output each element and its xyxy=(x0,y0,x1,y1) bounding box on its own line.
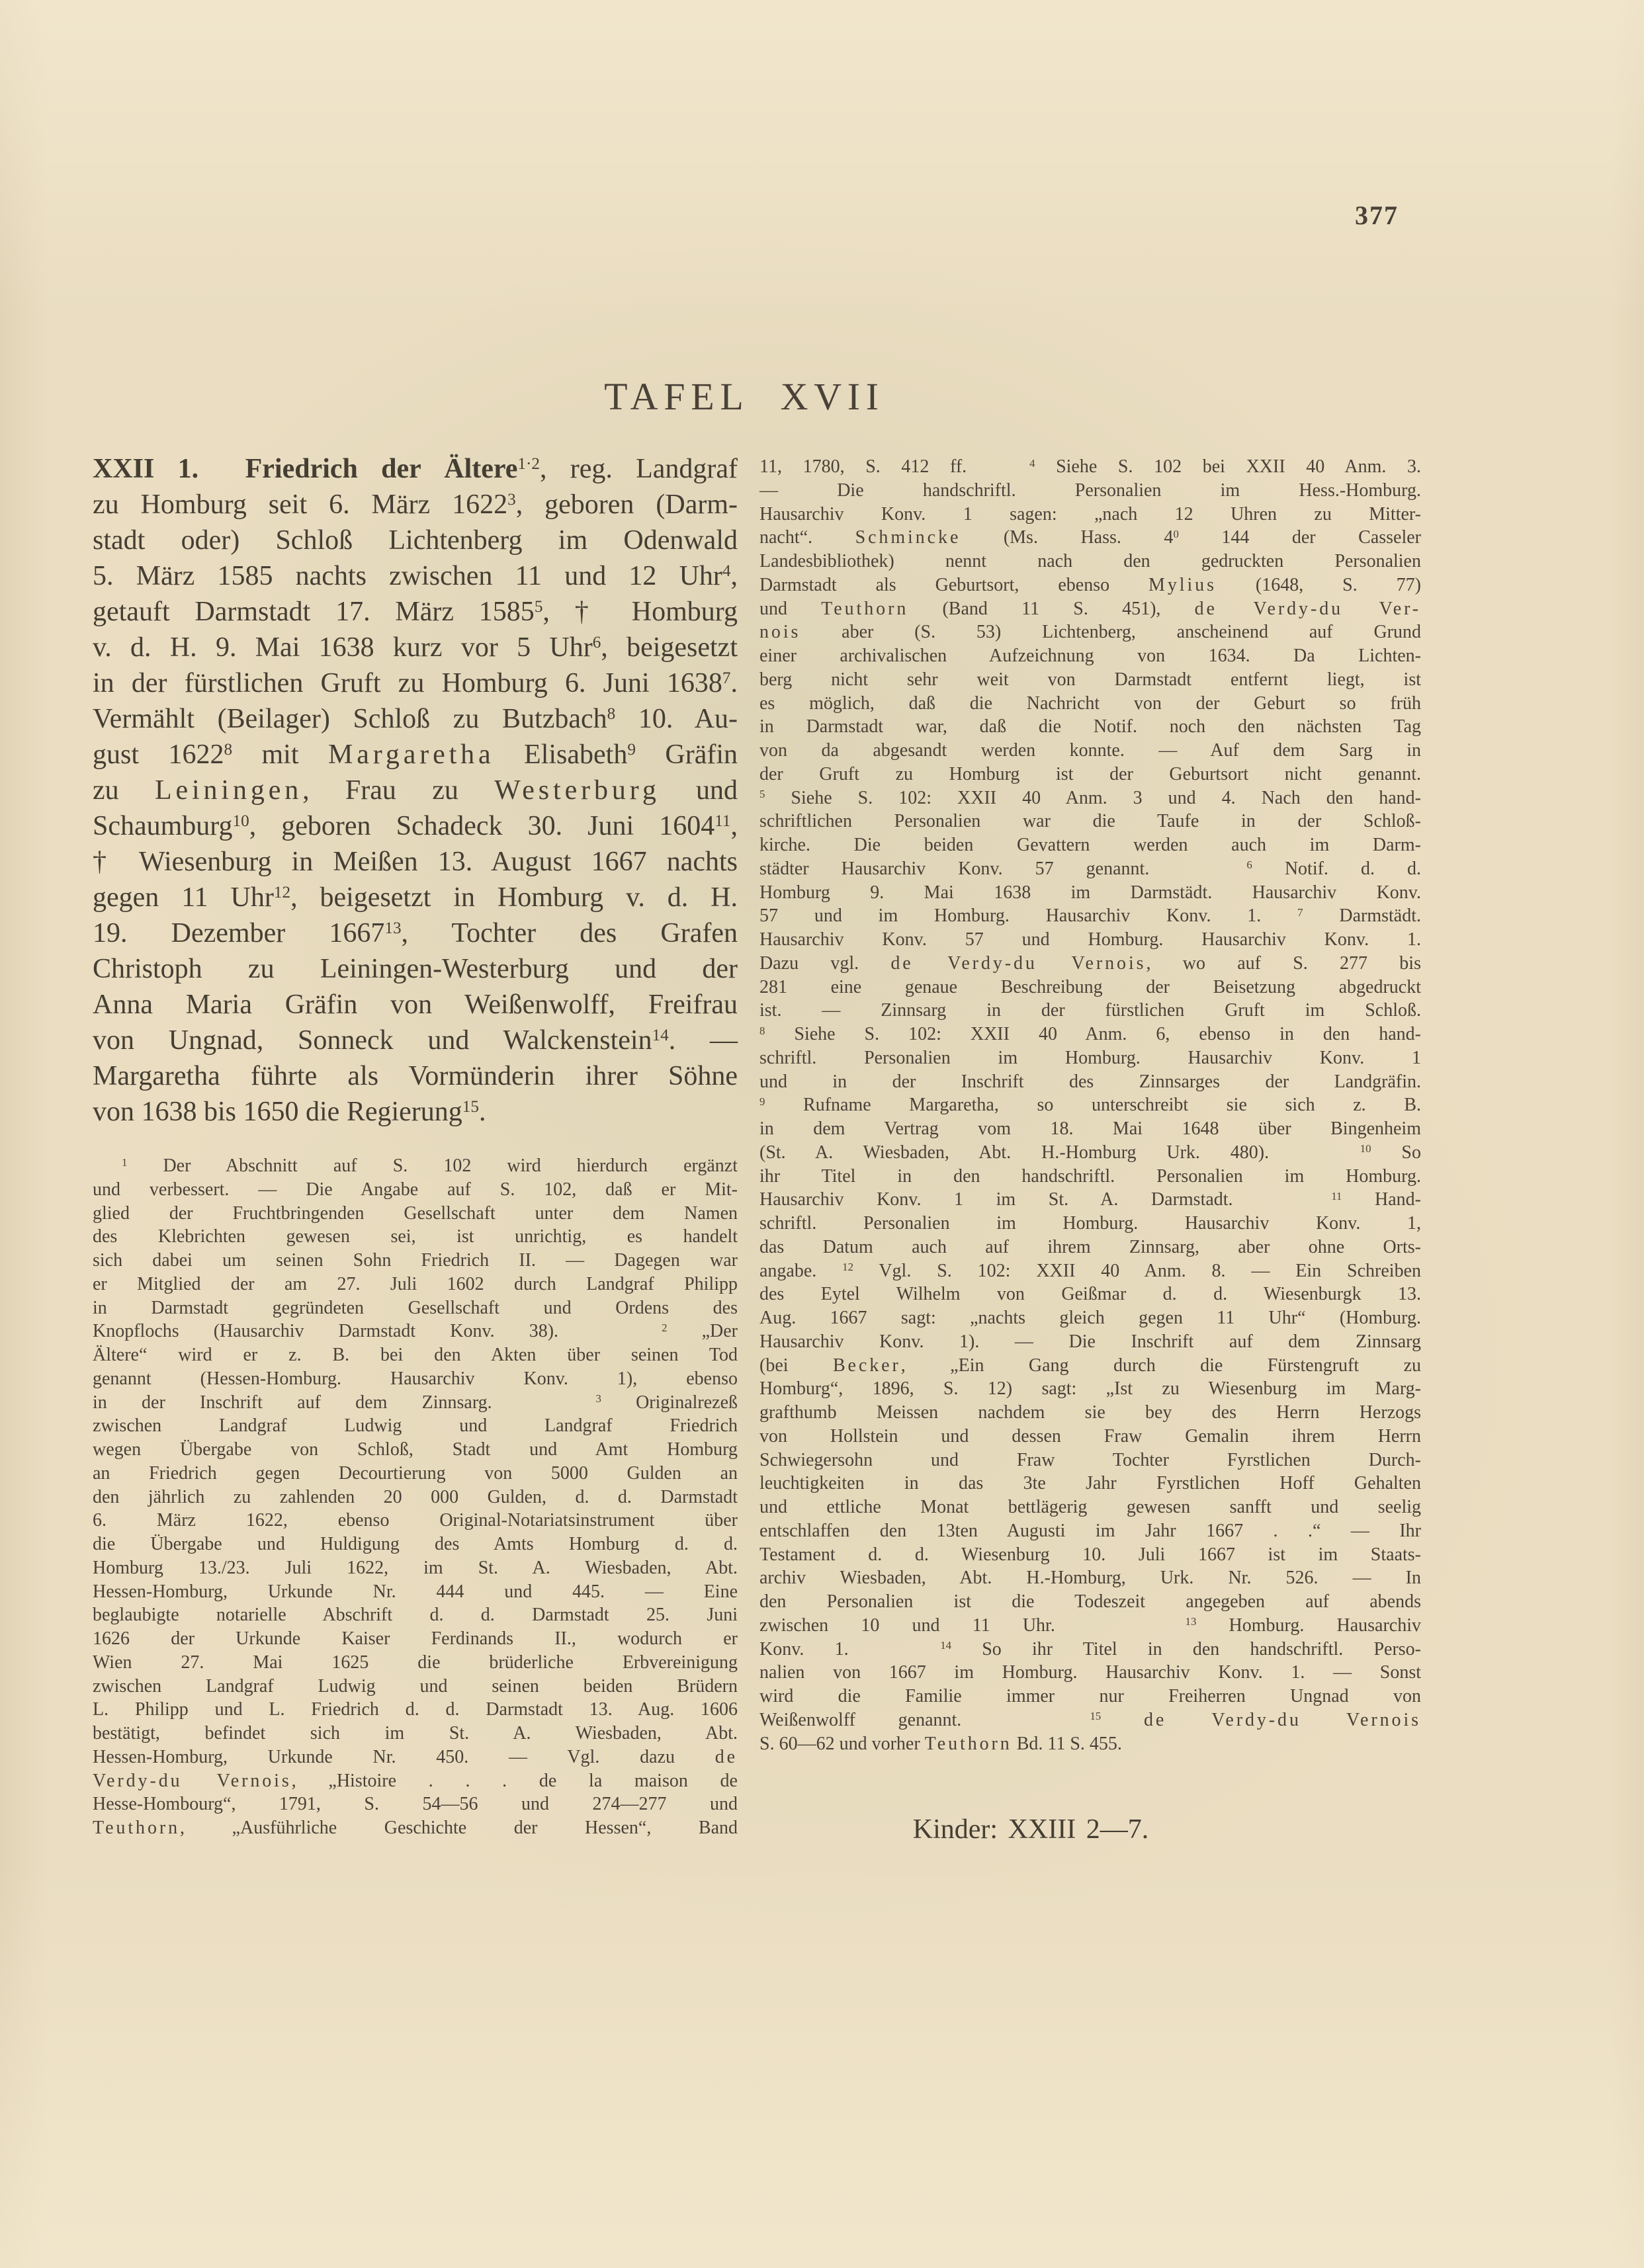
footnote-marker: 5 xyxy=(759,788,765,800)
text-line: 19. Dezember 166713, Tochter des Grafen xyxy=(93,915,738,951)
text-segment: , Tochter des Grafen xyxy=(402,918,738,948)
text-segment: den jährlich zu zahlenden 20 000 Gulden,… xyxy=(93,1487,738,1507)
text-segment: Schmincke xyxy=(855,527,961,548)
text-line: Homburg“, 1896, S. 12) sagt: „Ist zu Wie… xyxy=(759,1377,1421,1401)
text-line: und ettliche Monat bettlägerig gewesen s… xyxy=(759,1495,1421,1519)
text-segment: nois xyxy=(759,622,800,642)
text-segment: Knopflochs (Hausarchiv Darmstadt Konv. 3… xyxy=(93,1321,662,1341)
footnote-marker: 14 xyxy=(940,1639,951,1652)
footnote-marker: 1 xyxy=(122,1156,127,1169)
text-segment: Hessen-Homburg, Urkunde Nr. 450. — Vgl. … xyxy=(93,1747,715,1767)
text-segment: S. 60—62 und vorher xyxy=(759,1734,925,1754)
text-line: entschlaffen den 13ten Augusti im Jahr 1… xyxy=(759,1519,1421,1543)
text-segment: archiv Wiesbaden, Abt. H.-Homburg, Urk. … xyxy=(759,1568,1421,1588)
text-segment: Originalrezeß xyxy=(601,1392,738,1413)
text-segment: Siehe S. 102 bei XXII 40 Anm. 3. xyxy=(1035,456,1421,477)
text-segment: 11, 1780, S. 412 ff. xyxy=(759,456,1029,477)
text-line: in dem Vertrag vom 18. Mai 1648 über Bin… xyxy=(759,1117,1421,1141)
text-segment: , wo auf S. 277 bis xyxy=(1146,953,1421,974)
footnote-marker: 5 xyxy=(535,598,543,616)
text-segment: Hessen-Homburg, Urkunde Nr. 444 und 445.… xyxy=(93,1581,738,1602)
text-segment: Leiningen xyxy=(155,775,302,806)
text-line: — Die handschriftl. Personalien im Hess.… xyxy=(759,479,1421,503)
text-line: nacht“. Schmincke (Ms. Hass. 40 144 der … xyxy=(759,526,1421,550)
text-segment: genannt (Hessen-Homburg. Hausarchiv Konv… xyxy=(93,1368,738,1389)
text-line: Homburg 13./23. Juli 1622, im St. A. Wie… xyxy=(93,1556,738,1580)
text-line: 57 und im Homburg. Hausarchiv Konv. 1. 7… xyxy=(759,904,1421,928)
text-line: Hausarchiv Konv. 1). — Die Inschrift auf… xyxy=(759,1330,1421,1354)
text-segment: gust 1622 xyxy=(93,739,224,770)
text-line: Hessen-Homburg, Urkunde Nr. 444 und 445.… xyxy=(93,1580,738,1604)
text-line: Anna Maria Gräfin von Weißenwolff, Freif… xyxy=(93,987,738,1023)
text-line: des Eytel Wilhelm von Geißmar d. d. Wies… xyxy=(759,1282,1421,1306)
text-segment: — Die handschriftl. Personalien im Hess.… xyxy=(759,480,1421,501)
text-segment: (Ms. Hass. 4 xyxy=(961,527,1173,548)
text-segment: zwischen Landgraf Ludwig und seinen beid… xyxy=(93,1676,738,1697)
text-segment: Testament d. d. Wiesenburg 10. Juli 1667… xyxy=(759,1544,1421,1565)
text-segment: der Gruft zu Homburg ist der Geburtsort … xyxy=(759,764,1421,784)
text-line: Darmstadt als Geburtsort, ebenso Mylius … xyxy=(759,573,1421,597)
text-segment: 19. Dezember 1667 xyxy=(93,918,384,948)
text-segment: , † Homburg xyxy=(542,597,738,627)
text-segment: Darmstädt. xyxy=(1303,905,1421,926)
text-segment: Verdy-du Vernois xyxy=(93,1771,292,1791)
text-segment: kirche. Die beiden Gevattern werden auch… xyxy=(759,835,1421,855)
text-segment: , xyxy=(731,811,738,841)
text-line: nalien von 1667 im Homburg. Hausarchiv K… xyxy=(759,1661,1421,1685)
text-segment: Weißenwolff genannt. xyxy=(759,1710,1090,1730)
text-segment: bestätigt, befindet sich im St. A. Wiesb… xyxy=(93,1723,738,1743)
footnote-marker: 9 xyxy=(759,1095,765,1108)
text-line: Teuthorn, „Ausführliche Geschichte der H… xyxy=(93,1816,738,1840)
text-line: wird die Familie immer nur Freiherren Un… xyxy=(759,1685,1421,1708)
text-line: Hausarchiv Konv. 1 sagen: „nach 12 Uhren… xyxy=(759,503,1421,526)
text-segment: den Personalien ist die Todeszeit angege… xyxy=(759,1591,1421,1612)
text-segment: 6. März 1622, ebenso Original-Notariatsi… xyxy=(93,1510,738,1531)
text-segment: Teuthorn xyxy=(93,1818,180,1838)
text-segment: und ettliche Monat bettlägerig gewesen s… xyxy=(759,1497,1421,1517)
text-segment: , beigesetzt in Homburg v. d. H. xyxy=(290,882,738,913)
text-segment: grafthumb Meissen nachdem sie bey des He… xyxy=(759,1402,1421,1423)
scanned-book-page: { "page": { "number": "377", "title": "T… xyxy=(0,0,1644,2268)
text-segment: L. Philipp und L. Friedrich d. d. Darmst… xyxy=(93,1699,738,1720)
text-line: Hausarchiv Konv. 57 und Homburg. Hausarc… xyxy=(759,928,1421,952)
text-segment: , geboren (Darm- xyxy=(516,489,738,520)
footnote-marker: 7 xyxy=(1297,906,1303,919)
text-line: in der fürstlichen Gruft zu Homburg 6. J… xyxy=(93,665,738,701)
text-segment: einer archivalischen Aufzeichnung von 16… xyxy=(759,646,1421,666)
text-line: L. Philipp und L. Friedrich d. d. Darmst… xyxy=(93,1698,738,1722)
text-segment: Ältere“ wird er z. B. bei den Akten über… xyxy=(93,1345,738,1365)
footnote-marker: 2 xyxy=(662,1322,667,1334)
text-segment: Becker xyxy=(833,1355,901,1376)
text-line: und verbessert. — Die Angabe auf S. 102,… xyxy=(93,1178,738,1202)
text-segment: (St. A. Wiesbaden, Abt. H.-Homburg Urk. … xyxy=(759,1142,1360,1163)
footnote-marker: 0 xyxy=(1173,528,1178,540)
text-line: 6. März 1622, ebenso Original-Notariatsi… xyxy=(93,1509,738,1533)
text-line: schriftlichen Personalien war die Taufe … xyxy=(759,810,1421,833)
footnote-marker: 12 xyxy=(274,884,290,902)
text-line: das Datum auch auf ihrem Zinnsarg, aber … xyxy=(759,1236,1421,1259)
text-segment: gegen 11 Uhr xyxy=(93,882,274,913)
text-line: † Wiesenburg in Meißen 13. August 1667 n… xyxy=(93,844,738,880)
text-line: er Mitglied der am 27. Juli 1602 durch L… xyxy=(93,1273,738,1296)
footnote-marker: 4 xyxy=(722,562,731,580)
text-segment: Wien 27. Mai 1625 die brüderliche Erbver… xyxy=(93,1652,738,1673)
page-number: 377 xyxy=(1355,200,1399,231)
text-segment: wegen Übergabe von Schloß, Stadt und Amt… xyxy=(93,1439,738,1460)
text-segment: Teuthorn xyxy=(925,1734,1012,1754)
text-segment: Homburg“, 1896, S. 12) sagt: „Ist zu Wie… xyxy=(759,1378,1421,1399)
text-segment: und xyxy=(660,775,738,806)
text-segment: , geboren Schadeck 30. Juni 1604 xyxy=(249,811,715,841)
text-line: Hessen-Homburg, Urkunde Nr. 450. — Vgl. … xyxy=(93,1745,738,1769)
text-line: Ältere“ wird er z. B. bei den Akten über… xyxy=(93,1343,738,1367)
text-segment: Christoph zu Leiningen-Westerburg und de… xyxy=(93,954,738,984)
entry-heading-text: XXII 1. xyxy=(93,454,198,484)
text-line: Homburg 9. Mai 1638 im Darmstädt. Hausar… xyxy=(759,881,1421,905)
text-line: einer archivalischen Aufzeichnung von 16… xyxy=(759,644,1421,668)
text-segment: schriftl. Personalien im Homburg. Hausar… xyxy=(759,1048,1421,1068)
text-segment: Schaumburg xyxy=(93,811,233,841)
text-segment: Vermählt (Beilager) Schloß zu Butzbach xyxy=(93,704,607,734)
text-line: sich dabei um seinen Sohn Friedrich II. … xyxy=(93,1249,738,1273)
text-segment: 5. März 1585 nachts zwischen 11 und 12 U… xyxy=(93,561,722,591)
text-segment: wird die Familie immer nur Freiherren Un… xyxy=(759,1686,1421,1706)
text-line: (bei Becker, „Ein Gang durch die Fürsten… xyxy=(759,1354,1421,1378)
footnotes-right-column: 11, 1780, S. 412 ff. 4 Siehe S. 102 bei … xyxy=(759,455,1421,1755)
text-segment: , xyxy=(731,561,738,591)
text-segment: Hausarchiv Konv. 1 sagen: „nach 12 Uhren… xyxy=(759,504,1421,525)
text-segment: zwischen 10 und 11 Uhr. xyxy=(759,1615,1186,1636)
footnote-marker: 7 xyxy=(722,669,731,687)
text-line: nois aber (S. 53) Lichtenberg, anscheine… xyxy=(759,620,1421,644)
text-line: 1 Der Abschnitt auf S. 102 wird hierdurc… xyxy=(93,1154,738,1178)
text-line: genannt (Hessen-Homburg. Hausarchiv Konv… xyxy=(93,1367,738,1391)
text-segment: Homburg. Hausarchiv xyxy=(1196,1615,1421,1636)
text-segment: stadt oder) Schloß Lichtenberg im Odenwa… xyxy=(93,525,738,556)
text-line: Testament d. d. Wiesenburg 10. Juli 1667… xyxy=(759,1543,1421,1567)
text-segment: Hausarchiv Konv. 1 im St. A. Darmstadt. xyxy=(759,1189,1331,1210)
text-segment: von Ungnad, Sonneck und Walckenstein xyxy=(93,1025,652,1056)
text-line: gegen 11 Uhr12, beigesetzt in Homburg v.… xyxy=(93,880,738,915)
footnote-marker: 11 xyxy=(714,812,730,830)
text-line: schriftl. Personalien im Homburg. Hausar… xyxy=(759,1212,1421,1236)
text-segment: Mylius xyxy=(1148,575,1217,595)
text-line: kirche. Die beiden Gevattern werden auch… xyxy=(759,833,1421,857)
text-segment: Schwiegersohn und Fraw Tochter Fyrstlich… xyxy=(759,1450,1421,1470)
text-segment: , beigesetzt xyxy=(601,632,738,663)
text-line: Weißenwolff genannt. 15 de Verdy-du Vern… xyxy=(759,1708,1421,1732)
text-line: an Friedrich gegen Decourtierung von 500… xyxy=(93,1462,738,1486)
footnote-marker: 8 xyxy=(759,1025,765,1037)
text-segment: „Der xyxy=(668,1321,738,1341)
text-line: zwischen Landgraf Ludwig und seinen beid… xyxy=(93,1675,738,1699)
text-segment: Hausarchiv Konv. 1). — Die Inschrift auf… xyxy=(759,1331,1421,1352)
book-page: 377 TAFEL XVII XXII 1. Friedrich der Ält… xyxy=(0,0,1644,2268)
footnote-marker: 15 xyxy=(462,1098,479,1116)
text-segment: städter Hausarchiv Konv. 57 genannt. xyxy=(759,859,1246,879)
text-segment: Margaretha führte als Vormünderin ihrer … xyxy=(93,1061,738,1091)
text-segment: Der Abschnitt auf S. 102 wird hierdurch … xyxy=(127,1155,738,1176)
text-line: und in der Inschrift des Zinnsarges der … xyxy=(759,1070,1421,1094)
text-line: bestätigt, befindet sich im St. A. Wiesb… xyxy=(93,1722,738,1745)
text-segment: getauft Darmstadt 17. März 1585 xyxy=(93,597,535,627)
text-line: getauft Darmstadt 17. März 15855, † Homb… xyxy=(93,594,738,630)
main-entry: XXII 1. Friedrich der Ältere1·2, reg. La… xyxy=(93,451,738,1130)
text-segment: berg nicht sehr weit von Darmstadt entfe… xyxy=(759,669,1421,690)
text-line: leuchtigkeiten in das 3te Jahr Fyrstlich… xyxy=(759,1472,1421,1495)
text-segment: Landesbibliothek) nennt nach den gedruck… xyxy=(759,551,1421,571)
text-line: in der Inschrift auf dem Zinnsarg. 3 Ori… xyxy=(93,1391,738,1415)
text-line: Landesbibliothek) nennt nach den gedruck… xyxy=(759,550,1421,573)
footnote-marker: 6 xyxy=(593,634,601,651)
text-segment: de xyxy=(715,1747,738,1767)
text-segment: in der fürstlichen Gruft zu Homburg 6. J… xyxy=(93,668,722,698)
text-line: glied der Fruchtbringenden Gesellschaft … xyxy=(93,1202,738,1226)
text-segment: de Verdy-du Ver- xyxy=(1195,599,1421,619)
text-segment: , „Ausführliche Geschichte der Hessen“, … xyxy=(180,1818,738,1838)
text-line: es möglich, daß die Nachricht von der Ge… xyxy=(759,692,1421,716)
text-line: von 1638 bis 1650 die Regierung15. xyxy=(93,1094,738,1130)
text-line: zwischen 10 und 11 Uhr. 13 Homburg. Haus… xyxy=(759,1614,1421,1638)
text-segment: in der Inschrift auf dem Zinnsarg. xyxy=(93,1392,595,1413)
text-segment: in Darmstadt gegründeten Gesellschaft un… xyxy=(93,1298,738,1318)
text-segment: 281 eine genaue Beschreibung der Beisetz… xyxy=(759,977,1421,997)
text-line: zu Homburg seit 6. März 16223, geboren (… xyxy=(93,487,738,523)
text-line: (St. A. Wiesbaden, Abt. H.-Homburg Urk. … xyxy=(759,1141,1421,1165)
footnote-marker: 11 xyxy=(1331,1190,1342,1202)
text-segment: das Datum auch auf ihrem Zinnsarg, aber … xyxy=(759,1237,1421,1257)
text-line: Schwiegersohn und Fraw Tochter Fyrstlich… xyxy=(759,1449,1421,1472)
text-segment: Notif. d. d. xyxy=(1252,859,1421,879)
text-line: 11, 1780, S. 412 ff. 4 Siehe S. 102 bei … xyxy=(759,455,1421,479)
text-segment: So ihr Titel in den handschriftl. Perso- xyxy=(951,1639,1421,1659)
footnote-marker: 3 xyxy=(595,1392,601,1405)
text-segment: Teuthorn xyxy=(821,599,908,619)
page-title: TAFEL XVII xyxy=(0,374,1489,419)
children-reference: Kinder: XXIII 2—7. xyxy=(759,1814,1421,1845)
text-segment: . — xyxy=(669,1025,738,1056)
text-segment: Hausarchiv Konv. 57 und Homburg. Hausarc… xyxy=(759,929,1421,950)
text-line: von Ungnad, Sonneck und Walckenstein14. … xyxy=(93,1023,738,1058)
text-segment: . xyxy=(479,1097,486,1127)
text-line: 8 Siehe S. 102: XXII 40 Anm. 6, ebenso i… xyxy=(759,1023,1421,1046)
text-segment: de Verdy-du Vernois xyxy=(890,953,1146,974)
text-line: beglaubigte notarielle Abschrift d. d. D… xyxy=(93,1603,738,1627)
text-segment: de Verdy-du Vernois xyxy=(1144,1710,1421,1730)
footnote-marker: 10 xyxy=(1360,1142,1371,1155)
text-line: Knopflochs (Hausarchiv Darmstadt Konv. 3… xyxy=(93,1320,738,1343)
text-segment: des Klebrichten gewesen sei, ist unricht… xyxy=(93,1226,738,1247)
text-segment: Aug. 1667 sagt: „nachts gleich gegen 11 … xyxy=(759,1308,1421,1328)
text-segment: Siehe S. 102: XXII 40 Anm. 6, ebenso in … xyxy=(765,1024,1421,1044)
footnote-marker: 14 xyxy=(652,1027,669,1044)
text-segment: von 1638 bis 1650 die Regierung xyxy=(93,1097,462,1127)
text-line: Konv. 1. 14 So ihr Titel in den handschr… xyxy=(759,1638,1421,1661)
text-segment: Konv. 1. xyxy=(759,1639,940,1659)
footnote-marker: 4 xyxy=(1029,457,1035,470)
text-segment: angabe. xyxy=(759,1261,842,1281)
text-segment: entschlaffen den 13ten Augusti im Jahr 1… xyxy=(759,1521,1421,1541)
text-segment: Hesse-Hombourg“, 1791, S. 54—56 und 274—… xyxy=(93,1794,738,1814)
text-line: des Klebrichten gewesen sei, ist unricht… xyxy=(93,1225,738,1249)
text-segment: und xyxy=(759,599,821,619)
text-line: 1626 der Urkunde Kaiser Ferdinands II., … xyxy=(93,1627,738,1651)
text-segment: Bd. 11 S. 455. xyxy=(1012,1734,1122,1754)
text-segment: nacht“. xyxy=(759,527,855,548)
text-line: grafthumb Meissen nachdem sie bey des He… xyxy=(759,1401,1421,1425)
footnote-marker: 8 xyxy=(607,705,616,723)
text-segment: Anna Maria Gräfin von Weißenwolff, Freif… xyxy=(93,989,738,1020)
text-line: Aug. 1667 sagt: „nachts gleich gegen 11 … xyxy=(759,1306,1421,1330)
text-line: ist. — Zinnsarg in der fürstlichen Gruft… xyxy=(759,999,1421,1023)
text-segment: ist. — Zinnsarg in der fürstlichen Gruft… xyxy=(759,1000,1421,1021)
text-line: archiv Wiesbaden, Abt. H.-Homburg, Urk. … xyxy=(759,1566,1421,1590)
text-segment: So xyxy=(1371,1142,1421,1163)
text-segment: mit xyxy=(232,739,328,770)
text-segment: Rufname Margaretha, so unterschreibt sie… xyxy=(765,1095,1421,1115)
footnotes-left-column: 1 Der Abschnitt auf S. 102 wird hierdurc… xyxy=(93,1154,738,1840)
text-line: Hausarchiv Konv. 1 im St. A. Darmstadt. … xyxy=(759,1188,1421,1212)
text-segment xyxy=(1101,1710,1144,1730)
footnote-marker: 12 xyxy=(842,1261,853,1273)
text-segment: und in der Inschrift des Zinnsarges der … xyxy=(759,1071,1421,1092)
text-line: der Gruft zu Homburg ist der Geburtsort … xyxy=(759,763,1421,786)
footnote-marker: 6 xyxy=(1246,859,1252,871)
text-segment: Margaretha xyxy=(328,739,495,770)
text-segment: , „Ein Gang durch die Fürstengruft zu xyxy=(901,1355,1421,1376)
text-segment: Vgl. S. 102: XXII 40 Anm. 8. — Ein Schre… xyxy=(853,1261,1421,1281)
text-segment: schriftl. Personalien im Homburg. Hausar… xyxy=(759,1213,1421,1234)
text-segment: sich dabei um seinen Sohn Friedrich II. … xyxy=(93,1250,738,1271)
footnote-marker: 13 xyxy=(1186,1615,1197,1628)
text-segment: 1626 der Urkunde Kaiser Ferdinands II., … xyxy=(93,1628,738,1649)
text-segment: aber (S. 53) Lichtenberg, anscheinend au… xyxy=(800,622,1421,642)
text-segment: . xyxy=(731,668,738,698)
text-segment: beglaubigte notarielle Abschrift d. d. D… xyxy=(93,1605,738,1625)
text-segment: nalien von 1667 im Homburg. Hausarchiv K… xyxy=(759,1662,1421,1683)
text-line: in Darmstadt gegründeten Gesellschaft un… xyxy=(93,1296,738,1320)
text-segment: in dem Vertrag vom 18. Mai 1648 über Bin… xyxy=(759,1118,1421,1139)
text-segment: Darmstadt als Geburtsort, ebenso xyxy=(759,575,1148,595)
text-segment: Hand- xyxy=(1342,1189,1421,1210)
text-segment: Gräfin xyxy=(636,739,738,770)
text-segment: des Eytel Wilhelm von Geißmar d. d. Wies… xyxy=(759,1284,1421,1304)
text-line: den Personalien ist die Todeszeit angege… xyxy=(759,1590,1421,1614)
text-segment: , Frau zu xyxy=(302,775,494,806)
text-segment: glied der Fruchtbringenden Gesellschaft … xyxy=(93,1203,738,1224)
text-segment: (1648, S. 77) xyxy=(1217,575,1421,595)
text-line: und Teuthorn (Band 11 S. 451), de Verdy-… xyxy=(759,597,1421,621)
text-segment: v. d. H. 9. Mai 1638 kurz vor 5 Uhr xyxy=(93,632,593,663)
text-segment: an Friedrich gegen Decourtierung von 500… xyxy=(93,1463,738,1484)
text-line: in Darmstadt war, daß die Notif. noch de… xyxy=(759,715,1421,739)
text-line: Verdy-du Vernois, „Histoire . . . de la … xyxy=(93,1769,738,1793)
text-segment: zu Homburg seit 6. März 1622 xyxy=(93,489,507,520)
text-line: Hesse-Hombourg“, 1791, S. 54—56 und 274—… xyxy=(93,1792,738,1816)
text-line: v. d. H. 9. Mai 1638 kurz vor 5 Uhr6, be… xyxy=(93,630,738,665)
text-line: stadt oder) Schloß Lichtenberg im Odenwa… xyxy=(93,523,738,558)
text-line: Christoph zu Leiningen-Westerburg und de… xyxy=(93,951,738,987)
text-segment: Homburg 13./23. Juli 1622, im St. A. Wie… xyxy=(93,1558,738,1578)
text-segment: 144 der Casseler xyxy=(1179,527,1421,548)
text-line: städter Hausarchiv Konv. 57 genannt. 6 N… xyxy=(759,857,1421,881)
footnote-marker: 9 xyxy=(627,741,636,759)
text-segment: (bei xyxy=(759,1355,833,1376)
text-line: zu Leiningen, Frau zu Westerburg und xyxy=(93,773,738,808)
text-segment: es möglich, daß die Nachricht von der Ge… xyxy=(759,693,1421,714)
entry-heading-text: Friedrich der Ältere xyxy=(245,454,518,484)
text-line: gust 16228 mit Margaretha Elisabeth9 Grä… xyxy=(93,737,738,773)
text-line: 5 Siehe S. 102: XXII 40 Anm. 3 und 4. Na… xyxy=(759,786,1421,810)
text-line: die Übergabe und Huldigung des Amts Homb… xyxy=(93,1533,738,1556)
text-segment: , reg. Landgraf xyxy=(540,454,738,484)
text-line: XXII 1. Friedrich der Ältere1·2, reg. La… xyxy=(93,451,738,487)
footnote-marker: 8 xyxy=(224,741,232,759)
text-segment: zwischen Landgraf Ludwig und Landgraf Fr… xyxy=(93,1415,738,1436)
text-segment: , „Histoire . . . de la maison de xyxy=(292,1771,738,1791)
text-segment: Westerburg xyxy=(494,775,660,806)
text-segment: Siehe S. 102: XXII 40 Anm. 3 und 4. Nach… xyxy=(765,788,1421,808)
text-segment: zu xyxy=(93,775,155,806)
text-segment: in Darmstadt war, daß die Notif. noch de… xyxy=(759,716,1421,737)
text-line: von da abgesandt werden konnte. — Auf de… xyxy=(759,739,1421,763)
text-segment: ihr Titel in den handschriftl. Personali… xyxy=(759,1166,1421,1187)
footnote-marker: 15 xyxy=(1090,1710,1101,1722)
text-line: 5. März 1585 nachts zwischen 11 und 12 U… xyxy=(93,558,738,594)
text-segment: von Hollstein und dessen Fraw Gemalin ih… xyxy=(759,1426,1421,1447)
text-segment: leuchtigkeiten in das 3te Jahr Fyrstlich… xyxy=(759,1473,1421,1493)
text-line: Dazu vgl. de Verdy-du Vernois, wo auf S.… xyxy=(759,952,1421,976)
text-segment: 57 und im Homburg. Hausarchiv Konv. 1. xyxy=(759,905,1297,926)
text-line: S. 60—62 und vorher Teuthorn Bd. 11 S. 4… xyxy=(759,1732,1421,1756)
text-line: wegen Übergabe von Schloß, Stadt und Amt… xyxy=(93,1438,738,1462)
footnote-marker: 1·2 xyxy=(517,455,540,473)
text-segment xyxy=(198,454,245,484)
text-line: Wien 27. Mai 1625 die brüderliche Erbver… xyxy=(93,1651,738,1675)
text-segment: (Band 11 S. 451), xyxy=(908,599,1194,619)
text-segment: Homburg 9. Mai 1638 im Darmstädt. Hausar… xyxy=(759,882,1421,903)
footnote-marker: 10 xyxy=(233,812,249,830)
text-line: ihr Titel in den handschriftl. Personali… xyxy=(759,1165,1421,1189)
text-line: Margaretha führte als Vormünderin ihrer … xyxy=(93,1058,738,1094)
text-line: 9 Rufname Margaretha, so unterschreibt s… xyxy=(759,1093,1421,1117)
footnote-marker: 3 xyxy=(507,491,516,509)
text-segment: von da abgesandt werden konnte. — Auf de… xyxy=(759,740,1421,761)
text-segment: Elisabeth xyxy=(495,739,628,770)
text-line: den jährlich zu zahlenden 20 000 Gulden,… xyxy=(93,1486,738,1509)
text-segment: und verbessert. — Die Angabe auf S. 102,… xyxy=(93,1179,738,1200)
text-line: von Hollstein und dessen Fraw Gemalin ih… xyxy=(759,1425,1421,1449)
text-line: 281 eine genaue Beschreibung der Beisetz… xyxy=(759,976,1421,999)
text-line: berg nicht sehr weit von Darmstadt entfe… xyxy=(759,668,1421,692)
text-segment: die Übergabe und Huldigung des Amts Homb… xyxy=(93,1534,738,1554)
text-line: schriftl. Personalien im Homburg. Hausar… xyxy=(759,1046,1421,1070)
text-line: Schaumburg10, geboren Schadeck 30. Juni … xyxy=(93,808,738,844)
text-line: zwischen Landgraf Ludwig und Landgraf Fr… xyxy=(93,1414,738,1438)
text-line: angabe. 12 Vgl. S. 102: XXII 40 Anm. 8. … xyxy=(759,1259,1421,1283)
text-segment: † Wiesenburg in Meißen 13. August 1667 n… xyxy=(93,847,738,877)
text-segment: Dazu vgl. xyxy=(759,953,890,974)
text-segment: 10. Au- xyxy=(615,704,738,734)
text-segment: schriftlichen Personalien war die Taufe … xyxy=(759,811,1421,831)
text-line: Vermählt (Beilager) Schloß zu Butzbach8 … xyxy=(93,701,738,737)
footnote-marker: 13 xyxy=(384,919,401,937)
text-segment: er Mitglied der am 27. Juli 1602 durch L… xyxy=(93,1274,738,1294)
